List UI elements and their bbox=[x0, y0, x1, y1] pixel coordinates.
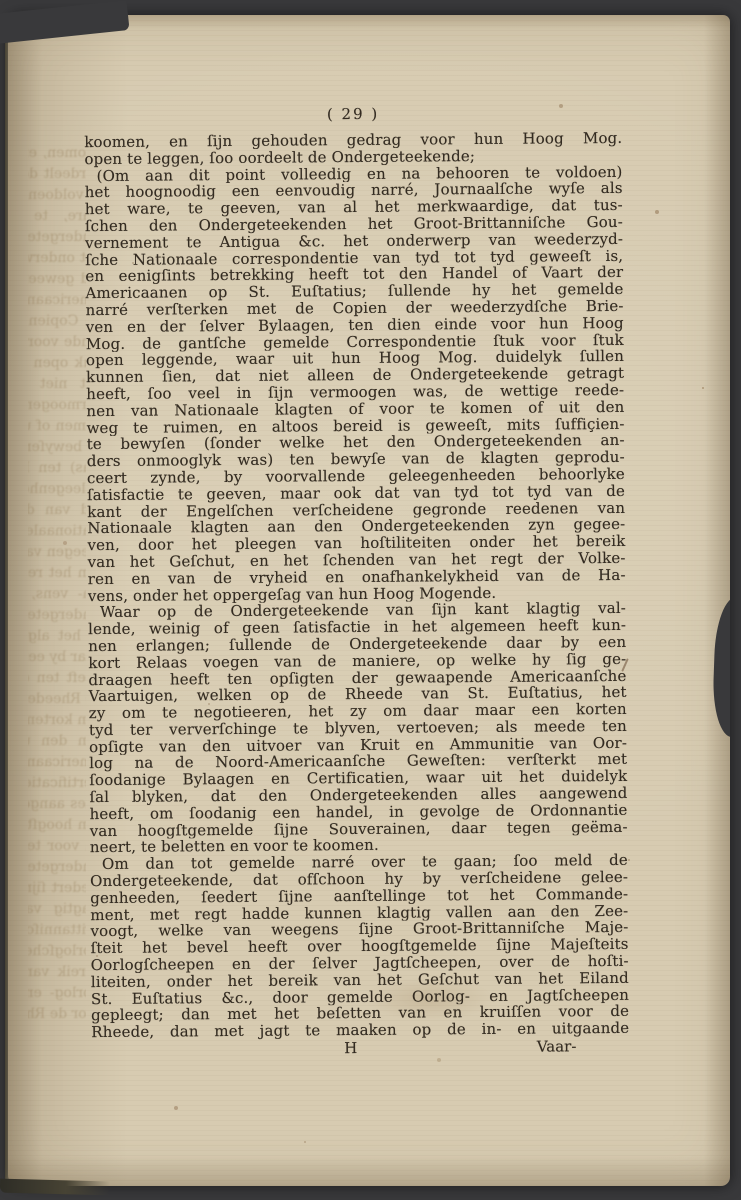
body-text: koomen, en ſijn gehouden gedrag voor hun… bbox=[84, 130, 629, 1041]
show-through-text-inner: koomen, en ſijn gehouden gedrag voor hun… bbox=[28, 143, 86, 1025]
page-edge-notch bbox=[712, 596, 730, 737]
show-through-text: koomen, en ſijn gehouden gedrag voor hun… bbox=[28, 143, 86, 1073]
page: koomen, en ſijn gehouden gedrag voor hun… bbox=[8, 15, 730, 1186]
text-block: ( 29 ) koomen, en ſijn gehouden gedrag v… bbox=[84, 103, 629, 1058]
page-number: ( 29 ) bbox=[84, 103, 622, 134]
signature-line: H Vaar- bbox=[91, 1037, 629, 1058]
bottom-page-edges bbox=[0, 1179, 110, 1196]
signature-mark: H bbox=[344, 1039, 357, 1057]
catchword: Vaar- bbox=[537, 1037, 577, 1055]
scan-background: koomen, en ſijn gehouden gedrag voor hun… bbox=[0, 0, 741, 1200]
